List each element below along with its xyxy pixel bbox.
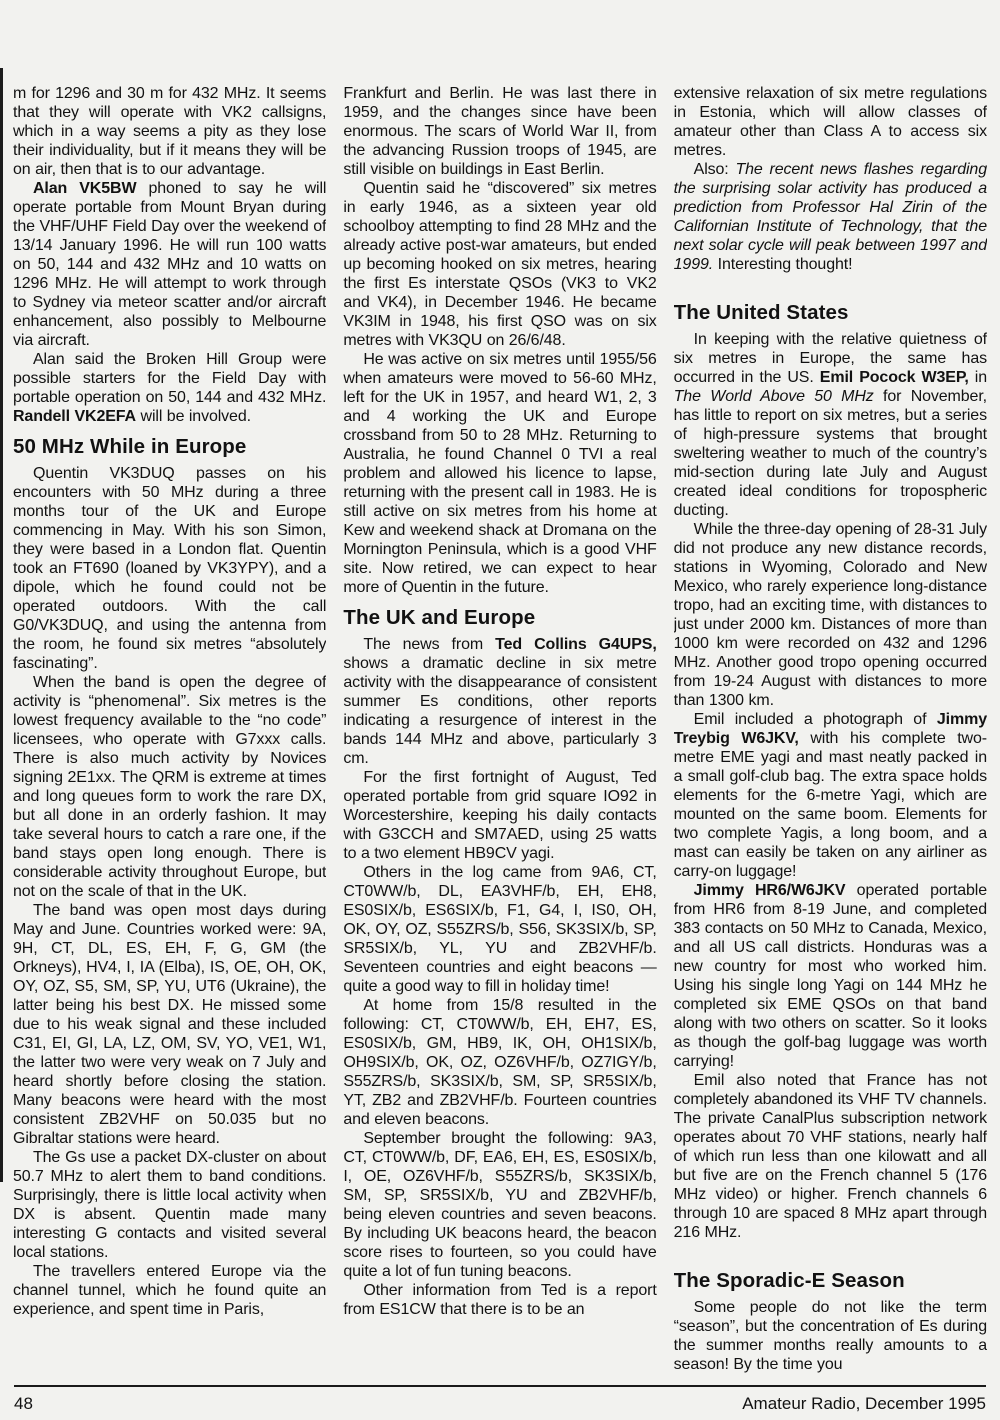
body-text: for November, has little to report on si…	[674, 388, 987, 519]
paragraph: Jimmy HR6/W6JKV operated portable from H…	[674, 881, 987, 1071]
body-text: extensive relaxation of six metre regula…	[674, 85, 987, 159]
magazine-title: Amateur Radio, December 1995	[742, 1394, 986, 1414]
body-text: Others in the log came from 9A6, CT, CT0…	[343, 864, 656, 995]
paragraph: extensive relaxation of six metre regula…	[674, 84, 987, 160]
section-heading: The Sporadic-E Season	[674, 1269, 987, 1293]
paragraph: The Gs use a packet DX-cluster on about …	[13, 1148, 326, 1262]
body-text: The band was open most days during May a…	[13, 902, 326, 1147]
paragraph: Also: The recent news flashes regarding …	[674, 160, 987, 274]
paragraph: In keeping with the relative quietness o…	[674, 330, 987, 520]
body-text: operated portable from HR6 from 8-19 Jun…	[674, 882, 987, 1070]
body-text: Interesting thought!	[713, 256, 852, 273]
columns: m for 1296 and 30 m for 432 MHz. It seem…	[13, 84, 987, 1380]
body-text: The travellers entered Europe via the ch…	[13, 1263, 326, 1318]
text-column-1: m for 1296 and 30 m for 432 MHz. It seem…	[13, 84, 326, 1380]
paragraph: Emil also noted that France has not comp…	[674, 1071, 987, 1242]
body-text: Quentin VK3DUQ passes on his encounters …	[13, 465, 326, 672]
page-number: 48	[14, 1394, 33, 1414]
body-text: with his complete two-metre EME yagi and…	[674, 730, 987, 880]
body-text: For the first fortnight of August, Ted o…	[343, 769, 656, 862]
body-text: Emil also noted that France has not comp…	[674, 1072, 987, 1241]
text-column-3: extensive relaxation of six metre regula…	[674, 84, 987, 1380]
body-text: m for 1296 and 30 m for 432 MHz. It seem…	[13, 85, 326, 178]
body-text: phoned to say he will operate portable f…	[13, 180, 326, 349]
paragraph: For the first fortnight of August, Ted o…	[343, 768, 656, 863]
paragraph: At home from 15/8 resulted in the follow…	[343, 996, 656, 1129]
magazine-page: m for 1296 and 30 m for 432 MHz. It seem…	[0, 0, 1000, 1420]
body-text: Some people do not like the term “season…	[674, 1299, 987, 1373]
paragraph: m for 1296 and 30 m for 432 MHz. It seem…	[13, 84, 326, 179]
paragraph: Quentin VK3DUQ passes on his encounters …	[13, 464, 326, 673]
paragraph: The band was open most days during May a…	[13, 901, 326, 1148]
paragraph: Alan VK5BW phoned to say he will operate…	[13, 179, 326, 350]
bold-text: Alan VK5BW	[33, 180, 136, 197]
section-heading: The UK and Europe	[343, 606, 656, 630]
bold-text: Jimmy HR6/W6JKV	[694, 882, 846, 899]
body-text: The news from	[363, 636, 495, 653]
body-text: When the band is open the degree of acti…	[13, 674, 326, 900]
paragraph: Quentin said he “discovered” six metres …	[343, 179, 656, 350]
paragraph: The travellers entered Europe via the ch…	[13, 1262, 326, 1319]
body-text: While the three-day opening of 28-31 Jul…	[674, 521, 987, 709]
body-text: At home from 15/8 resulted in the follow…	[343, 997, 656, 1128]
body-text: September brought the following: 9A3, CT…	[343, 1130, 656, 1280]
body-text: Alan said the Broken Hill Group were pos…	[13, 351, 326, 406]
section-heading: The United States	[674, 301, 987, 325]
section-heading: 50 MHz While in Europe	[13, 435, 326, 459]
bold-text: Emil Pocock W3EP,	[820, 369, 969, 386]
footer: 48 Amateur Radio, December 1995	[14, 1394, 986, 1414]
body-text: Quentin said he “discovered” six metres …	[343, 180, 656, 349]
paragraph: September brought the following: 9A3, CT…	[343, 1129, 656, 1281]
italic-text: The World Above 50 MHz	[674, 388, 874, 405]
paragraph: Some people do not like the term “season…	[674, 1298, 987, 1374]
text-column-2: Frankfurt and Berlin. He was last there …	[343, 84, 656, 1380]
body-text: Other information from Ted is a report f…	[343, 1282, 656, 1318]
body-text: Frankfurt and Berlin. He was last there …	[343, 85, 656, 178]
paragraph: Frankfurt and Berlin. He was last there …	[343, 84, 656, 179]
paragraph: He was active on six metres until 1955/5…	[343, 350, 656, 597]
body-text: Emil included a photograph of	[694, 711, 937, 728]
bold-text: Ted Collins G4UPS,	[495, 636, 657, 653]
paragraph: Other information from Ted is a report f…	[343, 1281, 656, 1319]
body-text: shows a dramatic decline in six metre ac…	[343, 655, 656, 767]
bold-text: Randell VK2EFA	[13, 408, 136, 425]
paragraph: While the three-day opening of 28-31 Jul…	[674, 520, 987, 710]
body-text: The Gs use a packet DX-cluster on about …	[13, 1149, 326, 1261]
body-text: will be involved.	[136, 408, 251, 425]
paragraph: Emil included a photograph of Jimmy Trey…	[674, 710, 987, 881]
body-text: in	[969, 369, 987, 386]
paragraph: Alan said the Broken Hill Group were pos…	[13, 350, 326, 426]
body-text: Also:	[694, 161, 736, 178]
paragraph: When the band is open the degree of acti…	[13, 673, 326, 901]
paragraph: Others in the log came from 9A6, CT, CT0…	[343, 863, 656, 996]
paragraph: The news from Ted Collins G4UPS, shows a…	[343, 635, 656, 768]
body-text: He was active on six metres until 1955/5…	[343, 351, 656, 596]
scan-artifact-line	[0, 68, 3, 1182]
footer-rule	[14, 1385, 986, 1387]
